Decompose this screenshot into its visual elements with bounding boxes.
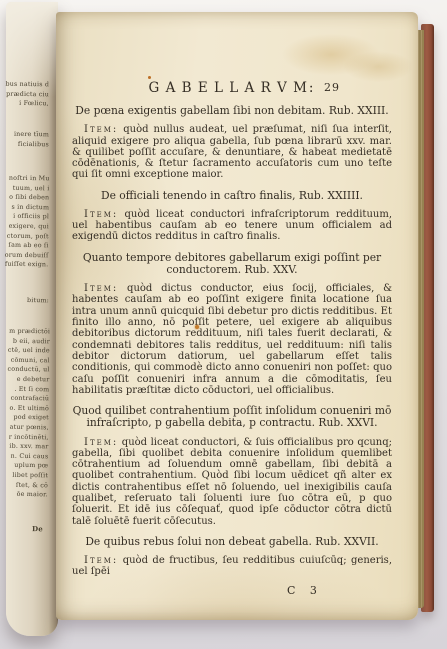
item-text: quòd liceat conductori, & ſuis officiali…	[72, 437, 392, 527]
item-text: quòd nullus audeat, uel præſumat, niſi ſ…	[72, 124, 392, 180]
photo-backdrop: bus natiuis d prædicta ciu i Fœlicu, ine…	[0, 0, 447, 649]
page-number: 29	[324, 81, 340, 94]
page-header: G A B E L L A R V M: 29	[72, 80, 392, 96]
item-lead: Item:	[84, 555, 118, 566]
paragraph-item-xxv: Item: quòd dictus conductor, eius ſocij,…	[72, 283, 392, 396]
item-text: quòd liceat conductori infraſcriptorum r…	[72, 209, 392, 243]
rubric-xxiiii: De officiali tenendo in caſtro finalis, …	[72, 190, 392, 202]
rubric-xxvii: De quibus rebus ſolui non debeat gabella…	[72, 536, 392, 548]
item-text: quòd dictus conductor, eius ſocij, offic…	[72, 283, 392, 396]
signature-mark: C 3	[287, 584, 392, 597]
item-text: quòd de fructibus, ſeu redditibus cuiuſc…	[72, 555, 392, 577]
rubric-xxvi: Quod quilibet contrahentium poſſit inſol…	[72, 405, 392, 429]
item-lead: Item:	[84, 124, 118, 135]
foxing-spot	[195, 325, 199, 329]
paragraph-item-xxiii: Item: quòd nullus audeat, uel præſumat, …	[72, 124, 392, 180]
item-lead: Item:	[84, 283, 118, 294]
item-lead: Item:	[84, 437, 118, 448]
paragraph-item-xxvii: Item: quòd de fructibus, ſeu redditibus …	[72, 555, 392, 578]
paragraph-item-xxiiii: Item: quòd liceat conductori infraſcript…	[72, 209, 392, 243]
foxing-spot	[148, 76, 151, 79]
facing-page-catchword: De	[0, 524, 43, 534]
facing-page-text-fragment: noſtri in Mu tuum, uel i o ſibi deben s …	[2, 174, 49, 271]
paragraph-item-xxvi: Item: quòd liceat conductori, & ſuis off…	[72, 437, 392, 527]
rubric-xxv: Quanto tempore debitores gabellarum exig…	[81, 252, 383, 276]
running-title: G A B E L L A R V M:	[149, 80, 316, 96]
facing-page-leaf: bus natiuis d prædicta ciu i Fœlicu, ine…	[6, 2, 58, 636]
facing-page-text-fragment: m prædictōi b eii, audir ctē, uel inde c…	[2, 327, 50, 500]
rubric-xxiii: De pœna exigentis gabellam ſibi non debi…	[72, 105, 392, 117]
facing-page-text-fragment: bus natiuis d prædicta ciu i Fœlicu,	[3, 80, 49, 109]
item-lead: Item:	[84, 209, 118, 220]
facing-page-text-fragment: inere tīum ficialibus	[3, 130, 49, 150]
book-page: G A B E L L A R V M: 29 De pœna exigenti…	[56, 12, 418, 620]
facing-page-text-fragment: bitum:	[3, 296, 49, 306]
